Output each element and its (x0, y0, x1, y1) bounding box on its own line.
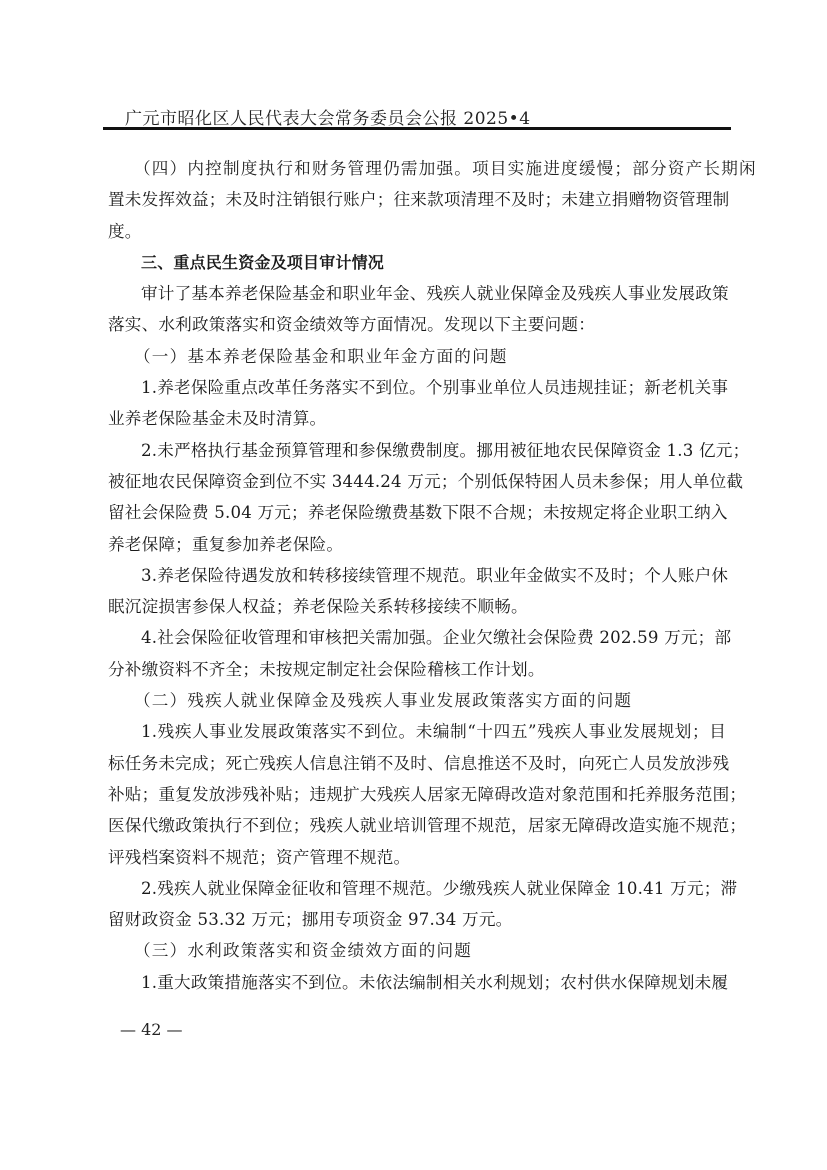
item-1-4-line-2: 分补缴资料不齐全；未按规定制定社会保险稽核工作计划。 (108, 654, 726, 685)
item-2-1-line-4: 医保代缴政策执行不到位；残疾人就业培训管理不规范，居家无障碍改造实施不规范； (108, 810, 726, 841)
item-2-2-line-2: 留财政资金 53.32 万元；挪用专项资金 97.34 万元。 (108, 904, 726, 935)
subsection-heading-1: （一）基本养老保险基金和职业年金方面的问题 (108, 341, 726, 372)
item-1-1-line-2: 业养老保险基金未及时清算。 (108, 403, 726, 434)
item-2-1-line-5: 评残档案资料不规范；资产管理不规范。 (108, 842, 726, 873)
publication-title: 广元市昭化区人民代表大会常务委员会公报 2025•4 (125, 104, 531, 129)
item-2-1-line-3: 补贴；重复发放涉残补贴；违规扩大残疾人居家无障碍改造对象范围和托养服务范围； (108, 779, 726, 810)
item-2-1-line-2: 标任务未完成；死亡残疾人信息注销不及时、信息推送不及时，向死亡人员发放涉残 (108, 748, 726, 779)
document-body: （四）内控制度执行和财务管理仍需加强。项目实施进度缓慢；部分资产长期闲 置未发挥… (108, 153, 726, 998)
paragraph-internal-control-line-1: （四）内控制度执行和财务管理仍需加强。项目实施进度缓慢；部分资产长期闲 (108, 153, 726, 184)
item-3-1-line-1: 1.重大政策措施落实不到位。未依法编制相关水利规划；农村供水保障规划未履 (108, 967, 726, 998)
section-heading-3: 三、重点民生资金及项目审计情况 (108, 247, 726, 278)
subsection-heading-2: （二）残疾人就业保障金及残疾人事业发展政策落实方面的问题 (108, 685, 726, 716)
page-number: — 42 — (120, 1020, 183, 1039)
item-1-4-line-1: 4.社会保险征收管理和审核把关需加强。企业欠缴社会保险费 202.59 万元；部 (108, 622, 726, 653)
paragraph-intro-line-1: 审计了基本养老保险基金和职业年金、残疾人就业保障金及残疾人事业发展政策 (108, 278, 726, 309)
header-rule (103, 127, 731, 130)
item-2-2-line-1: 2.残疾人就业保障金征收和管理不规范。少缴残疾人就业保障金 10.41 万元；滞 (108, 873, 726, 904)
item-1-2-line-1: 2.未严格执行基金预算管理和参保缴费制度。挪用被征地农民保障资金 1.3 亿元； (108, 435, 726, 466)
item-1-1-line-1: 1.养老保险重点改革任务落实不到位。个别事业单位人员违规挂证；新老机关事 (108, 372, 726, 403)
paragraph-intro-line-2: 落实、水利政策落实和资金绩效等方面情况。发现以下主要问题： (108, 309, 726, 340)
running-header: 广元市昭化区人民代表大会常务委员会公报 2025•4 (103, 100, 731, 130)
item-1-3-line-1: 3.养老保险待遇发放和转移接续管理不规范。职业年金做实不及时；个人账户休 (108, 560, 726, 591)
paragraph-internal-control-line-3: 度。 (108, 216, 726, 247)
paragraph-internal-control-line-2: 置未发挥效益；未及时注销银行账户；往来款项清理不及时；未建立捐赠物资管理制 (108, 184, 726, 215)
item-1-2-line-3: 留社会保险费 5.04 万元；养老保险缴费基数下限不合规；未按规定将企业职工纳入 (108, 497, 726, 528)
item-1-2-line-4: 养老保障；重复参加养老保险。 (108, 529, 726, 560)
item-1-2-line-2: 被征地农民保障资金到位不实 3444.24 万元；个别低保特困人员未参保；用人单… (108, 466, 726, 497)
item-2-1-line-1: 1.残疾人事业发展政策落实不到位。未编制“十四五”残疾人事业发展规划；目 (108, 716, 726, 747)
item-1-3-line-2: 眠沉淀损害参保人权益；养老保险关系转移接续不顺畅。 (108, 591, 726, 622)
subsection-heading-3: （三）水利政策落实和资金绩效方面的问题 (108, 935, 726, 966)
